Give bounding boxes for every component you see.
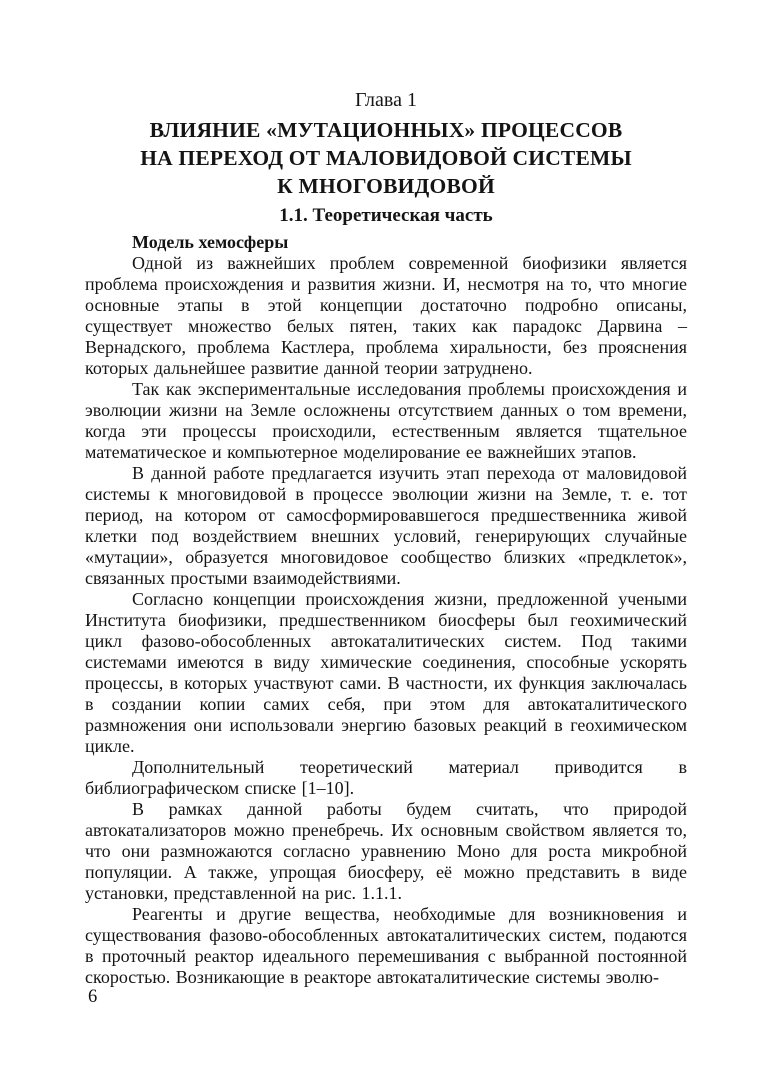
paragraph: В данной работе предлагается изучить эта…	[85, 463, 687, 589]
section-heading: 1.1. Теоретическая часть	[85, 204, 687, 228]
chapter-label: Глава 1	[85, 88, 687, 112]
page-content: Глава 1 ВЛИЯНИЕ «МУТАЦИОННЫХ» ПРОЦЕССОВ …	[0, 0, 764, 988]
page-number: 6	[88, 986, 97, 1008]
document-page: Глава 1 ВЛИЯНИЕ «МУТАЦИОННЫХ» ПРОЦЕССОВ …	[0, 0, 764, 1080]
paragraph: Одной из важнейших проблем современной б…	[85, 253, 687, 379]
paragraph: Согласно концепции происхождения жизни, …	[85, 589, 687, 757]
paragraph: Так как экспериментальные исследования п…	[85, 379, 687, 463]
paragraph: Реагенты и другие вещества, необходимые …	[85, 904, 687, 988]
chapter-title-line: НА ПЕРЕХОД ОТ МАЛОВИДОВОЙ СИСТЕМЫ	[85, 144, 687, 172]
paragraph: В рамках данной работы будем считать, чт…	[85, 799, 687, 904]
paragraph: Дополнительный теоретический материал пр…	[85, 757, 687, 799]
chapter-title-line: К МНОГОВИДОВОЙ	[85, 172, 687, 200]
chapter-title: ВЛИЯНИЕ «МУТАЦИОННЫХ» ПРОЦЕССОВ НА ПЕРЕХ…	[85, 116, 687, 200]
subsection-heading: Модель хемосферы	[85, 232, 687, 253]
chapter-title-line: ВЛИЯНИЕ «МУТАЦИОННЫХ» ПРОЦЕССОВ	[85, 116, 687, 144]
